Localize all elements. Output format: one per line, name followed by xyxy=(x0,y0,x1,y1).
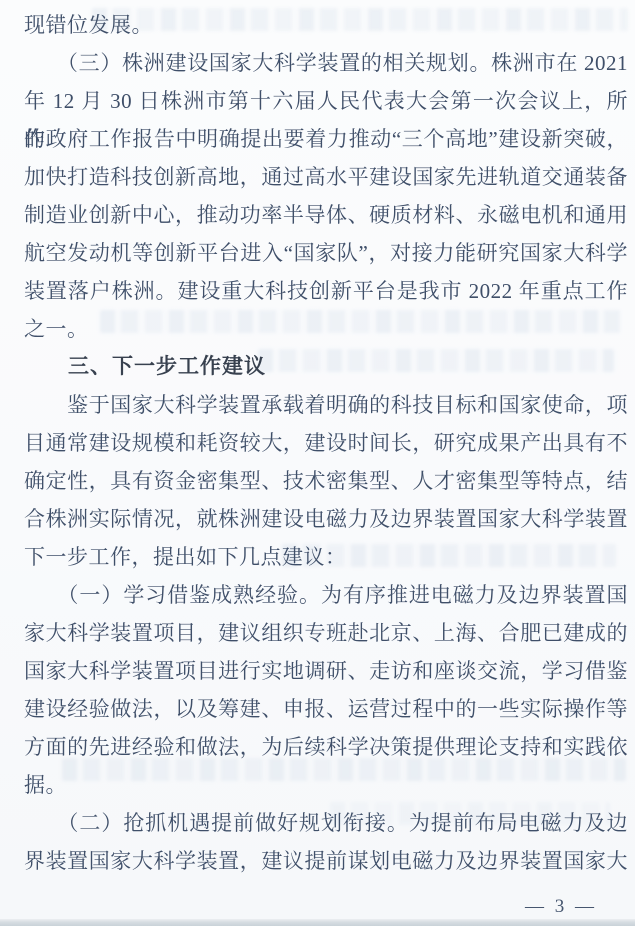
document-line: 之一。 xyxy=(24,310,628,348)
document-line: （三）株洲建设国家大科学装置的相关规划。株洲市在 2021 xyxy=(24,44,628,82)
page-number: — 3 — xyxy=(525,896,597,918)
document-line: 加快打造科技创新高地，通过高水平建设国家先进轨道交通装备 xyxy=(24,158,628,196)
scan-edge-artifact xyxy=(0,919,635,926)
document-line: 据。 xyxy=(24,766,628,804)
document-line: 下一步工作，提出如下几点建议： xyxy=(24,538,628,576)
document-line: 制造业创新中心，推动功率半导体、硬质材料、永磁电机和通用 xyxy=(24,196,628,234)
document-line: 年 12 月 30 日株洲市第十六届人民代表大会第一次会议上，所作 xyxy=(24,82,628,120)
document-line: 国家大科学装置项目进行实地调研、走访和座谈交流，学习借鉴 xyxy=(24,652,628,690)
document-line: 的政府工作报告中明确提出要着力推动“三个高地”建设新突破， xyxy=(24,120,628,158)
document-line: 鉴于国家大科学装置承载着明确的科技目标和国家使命，项 xyxy=(24,386,628,424)
document-line: 界装置国家大科学装置，建议提前谋划电磁力及边界装置国家大 xyxy=(24,842,628,880)
document-line: 合株洲实际情况，就株洲建设电磁力及边界装置国家大科学装置 xyxy=(24,500,628,538)
document-line: 家大科学装置项目，建议组织专班赴北京、上海、合肥已建成的 xyxy=(24,614,628,652)
document-line: 方面的先进经验和做法，为后续科学决策提供理论支持和实践依 xyxy=(24,728,628,766)
document-page: 现错位发展。 （三）株洲建设国家大科学装置的相关规划。株洲市在 2021年 12… xyxy=(0,0,635,926)
document-line: 航空发动机等创新平台进入“国家队”，对接力能研究国家大科学 xyxy=(24,234,628,272)
document-line: 建设经验做法，以及筹建、申报、运营过程中的一些实际操作等 xyxy=(24,690,628,728)
document-line: （二）抢抓机遇提前做好规划衔接。为提前布局电磁力及边 xyxy=(24,804,628,842)
document-line: 确定性，具有资金密集型、技术密集型、人才密集型等特点，结 xyxy=(24,462,628,500)
document-line: 现错位发展。 xyxy=(24,6,628,44)
document-line: 装置落户株洲。建设重大科技创新平台是我市 2022 年重点工作 xyxy=(24,272,628,310)
section-heading: 三、下一步工作建议 xyxy=(24,348,628,386)
document-body: 现错位发展。 （三）株洲建设国家大科学装置的相关规划。株洲市在 2021年 12… xyxy=(24,6,628,880)
document-line: （一）学习借鉴成熟经验。为有序推进电磁力及边界装置国 xyxy=(24,576,628,614)
document-line: 目通常建设规模和耗资较大，建设时间长，研究成果产出具有不 xyxy=(24,424,628,462)
